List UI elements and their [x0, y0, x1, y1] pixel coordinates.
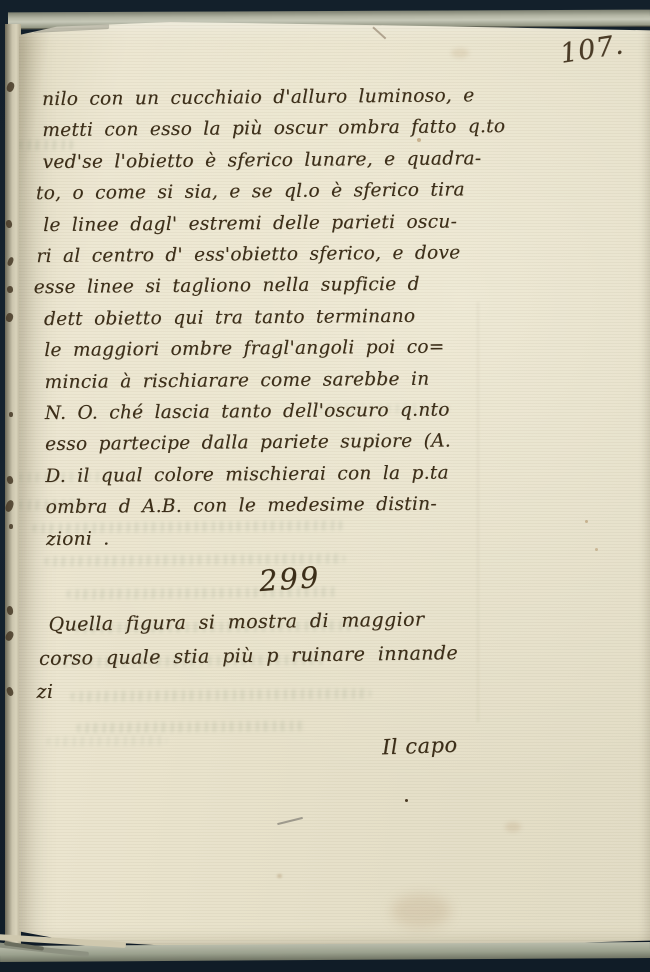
catchword: Il capo — [382, 733, 458, 760]
text-line: esso partecipe dalla pariete supiore (A. — [45, 425, 508, 460]
paragraph-1: nilo con un cucchiaio d'alluro luminoso,… — [42, 80, 509, 555]
text-line: esse linee si tagliono nella supficie d — [34, 268, 507, 304]
text-line: ombra d A.B. con le medesime distin- — [46, 488, 509, 523]
bleed-through-line — [77, 721, 307, 733]
text-line: zioni . — [46, 520, 509, 555]
text-line: dett obietto qui tra tanto terminano — [44, 300, 507, 335]
text-line: Quella figura si mostra di maggior — [48, 603, 458, 642]
fox-stain — [595, 548, 598, 551]
fox-stain — [505, 822, 521, 832]
text-line: D. il qual colore mischierai con la p.ta — [45, 457, 508, 492]
facing-page-ink-mark — [6, 606, 13, 616]
facing-page-ink-mark — [6, 475, 14, 484]
facing-page-ink-mark — [6, 686, 15, 697]
section-number: 299 — [258, 560, 322, 598]
facing-page-ink-mark — [7, 286, 14, 294]
bleed-through-line — [47, 735, 167, 746]
facing-page-ink-mark — [4, 499, 15, 513]
facing-page-ink-mark — [9, 524, 13, 529]
text-line: mincia à rischiarare come sarebbe in — [44, 363, 507, 398]
paragraph-2: Quella figura si mostra di maggior corso… — [38, 603, 458, 709]
text-line: le maggiori ombre fragl'angoli poi co= — [44, 331, 507, 366]
ink-dot — [405, 799, 408, 802]
facing-page-ink-mark — [6, 256, 14, 266]
fox-stain — [585, 520, 588, 523]
text-line: corso quale stia più p ruinare innande — [39, 637, 459, 676]
fox-stain — [391, 894, 451, 928]
text-line: nilo con un cucchiaio d'alluro luminoso,… — [42, 80, 505, 115]
fox-stain — [451, 48, 469, 58]
pencil-mark — [277, 817, 303, 825]
text-line: N. O. ché lascia tanto dell'oscuro q.nto — [45, 394, 508, 429]
facing-page-ink-mark — [4, 630, 15, 642]
scratch-mark — [373, 27, 387, 39]
fox-stain — [277, 874, 282, 878]
text-line: le linee dagl' estremi delle parieti osc… — [43, 206, 506, 241]
facing-page-ink-mark — [6, 81, 16, 93]
facing-page-ink-mark — [5, 219, 13, 228]
text-line: metti con esso la più oscur ombra fatto … — [42, 111, 505, 146]
text-line: zi — [36, 670, 459, 709]
facing-page-ink-mark — [5, 312, 14, 322]
binding-gutter — [5, 24, 21, 950]
folio-number: 107. — [558, 29, 626, 70]
facing-page-ink-mark — [9, 412, 13, 417]
text-line: to, o come si sia, e se ql.o è sferico t… — [36, 174, 506, 210]
manuscript-photo: 107. nilo con un cucchiaio d'alluro lumi… — [0, 0, 650, 972]
text-line: ri al centro d' ess'obietto sferico, e d… — [36, 237, 506, 273]
manuscript-page: 107. nilo con un cucchiaio d'alluro lumi… — [19, 22, 650, 948]
text-line: ved'se l'obietto è sferico lunare, e qua… — [43, 143, 506, 178]
